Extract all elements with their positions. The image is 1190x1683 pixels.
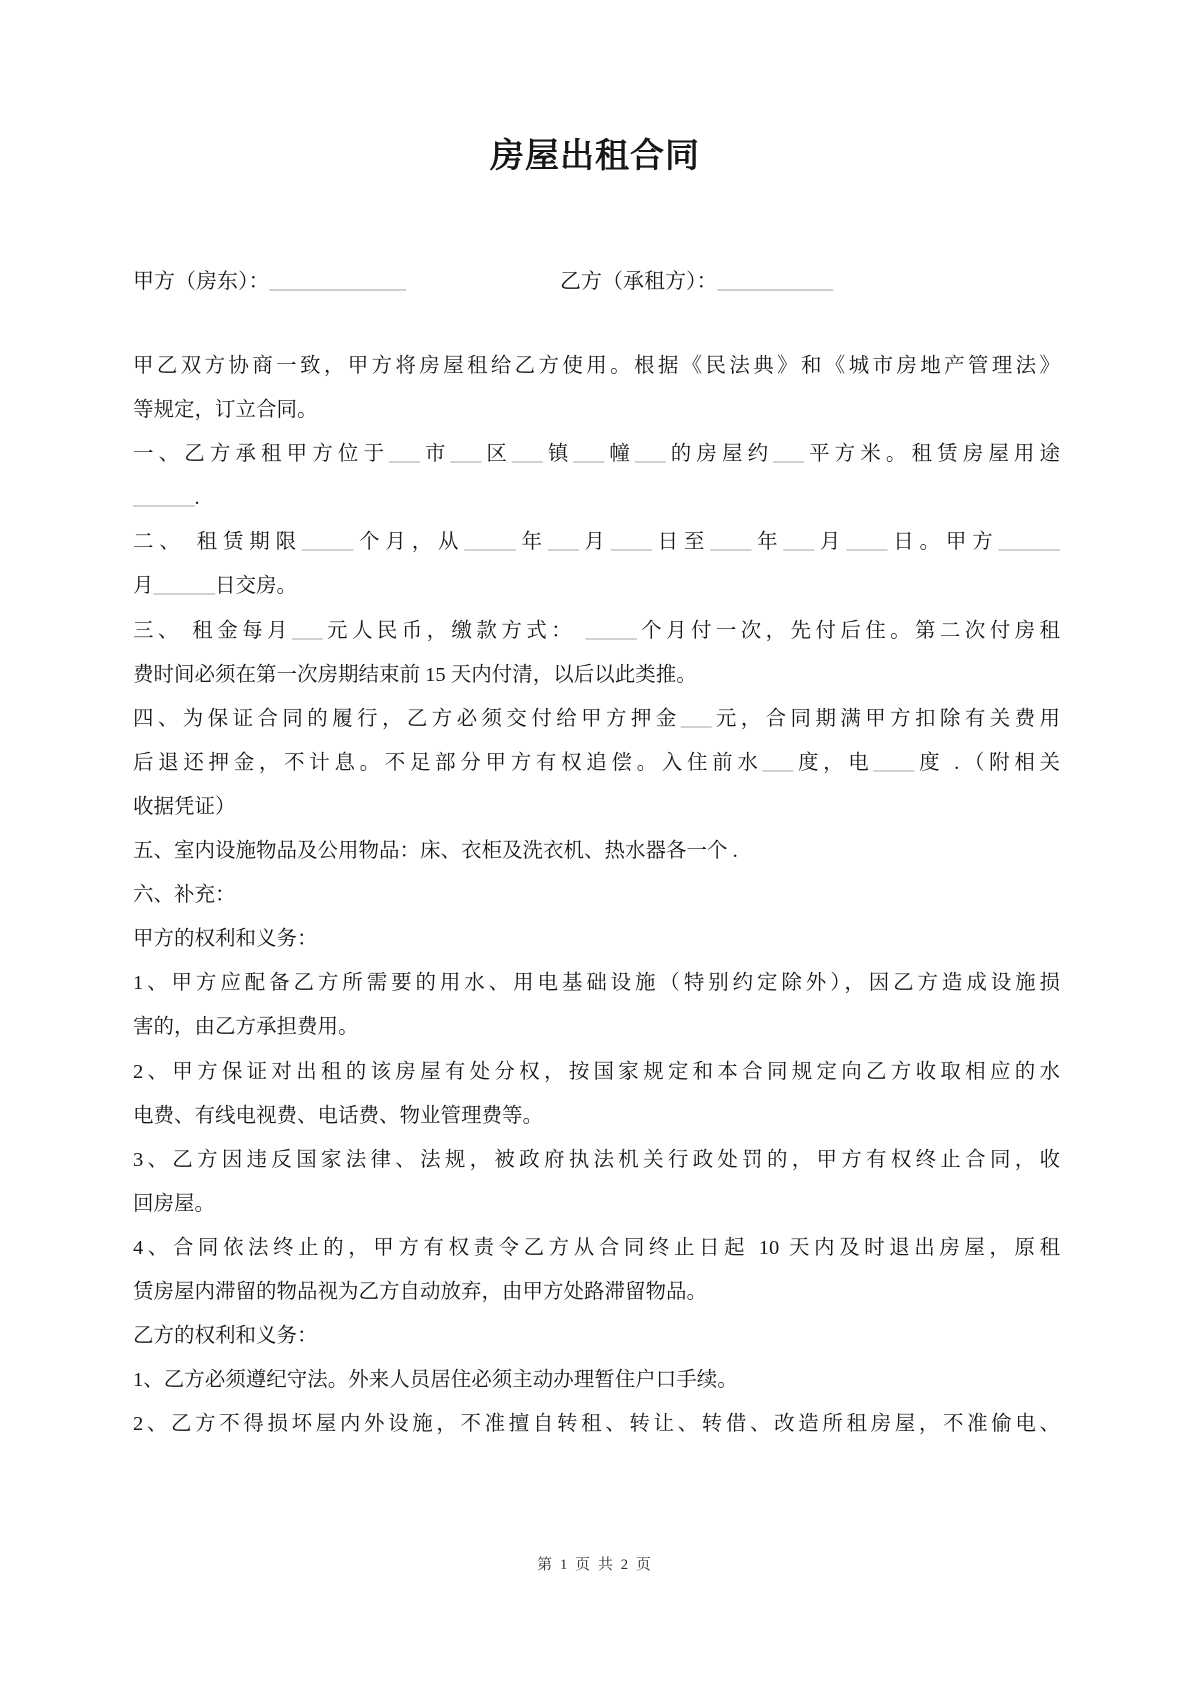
contract-line: 甲方的权利和义务：: [133, 917, 1060, 961]
document-page: 房屋出租合同 甲方（房东）：_____________ 乙方（承租方）：____…: [0, 0, 1190, 1683]
contract-line: 1、乙方必须遵纪守法。外来人员居住必须主动办理暂住户口手续。: [133, 1358, 1060, 1402]
fill-in-blank: _____: [302, 531, 353, 553]
contract-line: 收据凭证）: [133, 785, 1060, 829]
party-a: 甲方（房东）：_____________: [133, 269, 406, 293]
contract-line: 2、乙方不得损坏屋内外设施，不准擅自转租、转让、转借、改造所租房屋，不准偷电、: [133, 1402, 1060, 1446]
contract-line: 1、甲方应配备乙方所需要的用水、用电基础设施（特别约定除外），因乙方造成设施损: [133, 961, 1060, 1005]
fill-in-blank: ____: [611, 531, 652, 553]
fill-in-blank: ______: [133, 487, 195, 509]
contract-line: 五、室内设施物品及公用物品：床、衣柜及洗衣机、热水器各一个 .: [133, 829, 1060, 873]
contract-line: 电费、有线电视费、电话费、物业管理费等。: [133, 1094, 1060, 1138]
fill-in-blank: ______: [999, 531, 1060, 553]
contract-line: 后退还押金，不计息。不足部分甲方有权追偿。入住前水___度，电____度 .（附…: [133, 741, 1060, 785]
fill-in-blank: ____: [710, 531, 751, 553]
contract-line: 费时间必须在第一次房期结束前 15 天内付清，以后以此类推。: [133, 653, 1060, 697]
contract-line: 一、乙方承租甲方位于___市___区___镇___幢___的房屋约___平方米。…: [133, 432, 1060, 476]
contract-line: 害的，由乙方承担费用。: [133, 1005, 1060, 1049]
contract-line: 四、为保证合同的履行，乙方必须交付给甲方押金___元，合同期满甲方扣除有关费用: [133, 697, 1060, 741]
fill-in-blank: ___: [635, 443, 666, 465]
fill-in-blank: _____: [464, 531, 515, 553]
fill-in-blank: ___: [573, 443, 604, 465]
fill-in-blank: ___: [292, 620, 323, 642]
fill-in-blank: ____: [846, 531, 887, 553]
fill-in-blank: ___: [773, 443, 804, 465]
contract-line: 六、补充：: [133, 873, 1060, 917]
party-b: 乙方（承租方）：___________: [560, 263, 833, 299]
fill-in-blank: ____: [874, 752, 915, 774]
contract-line: 2、甲方保证对出租的该房屋有处分权，按国家规定和本合同规定向乙方收取相应的水: [133, 1050, 1060, 1094]
contract-body: 甲乙双方协商一致，甲方将房屋租给乙方使用。根据《民法典》和《城市房地产管理法》等…: [133, 344, 1060, 1446]
fill-in-blank: ___: [681, 708, 712, 730]
contract-line: 甲乙双方协商一致，甲方将房屋租给乙方使用。根据《民法典》和《城市房地产管理法》: [133, 344, 1060, 388]
contract-line: 二、 租赁期限_____个月，从_____年___月____日至____年___…: [133, 520, 1060, 564]
parties-row: 甲方（房东）：_____________ 乙方（承租方）：___________: [133, 263, 1060, 299]
contract-line: 三、 租金每月___元人民币，缴款方式： _____个月付一次，先付后住。第二次…: [133, 609, 1060, 653]
fill-in-blank: ___: [763, 752, 794, 774]
contract-line: 乙方的权利和义务：: [133, 1314, 1060, 1358]
fill-in-blank: _____: [586, 620, 637, 642]
fill-in-blank: ___: [548, 531, 579, 553]
fill-in-blank: ______: [154, 575, 216, 597]
contract-line: 月______日交房。: [133, 564, 1060, 608]
party-b-blank: ___________: [718, 269, 834, 293]
contract-line: 等规定，订立合同。: [133, 388, 1060, 432]
fill-in-blank: ___: [783, 531, 814, 553]
party-a-label: 甲方（房东）：: [133, 269, 270, 293]
fill-in-blank: ___: [389, 443, 420, 465]
contract-line: 4、合同依法终止的，甲方有权责令乙方从合同终止日起 10 天内及时退出房屋，原租: [133, 1226, 1060, 1270]
page-number-footer: 第 1 页 共 2 页: [0, 1553, 1190, 1574]
party-a-blank: _____________: [270, 269, 407, 293]
fill-in-blank: ___: [512, 443, 543, 465]
page-title: 房屋出租合同: [0, 128, 1190, 177]
party-b-label: 乙方（承租方）：: [560, 269, 718, 293]
contract-line: ______.: [133, 476, 1060, 520]
contract-line: 回房屋。: [133, 1182, 1060, 1226]
contract-line: 赁房屋内滞留的物品视为乙方自动放弃，由甲方处路滞留物品。: [133, 1270, 1060, 1314]
contract-line: 3、乙方因违反国家法律、法规，被政府执法机关行政处罚的，甲方有权终止合同，收: [133, 1138, 1060, 1182]
fill-in-blank: ___: [451, 443, 482, 465]
